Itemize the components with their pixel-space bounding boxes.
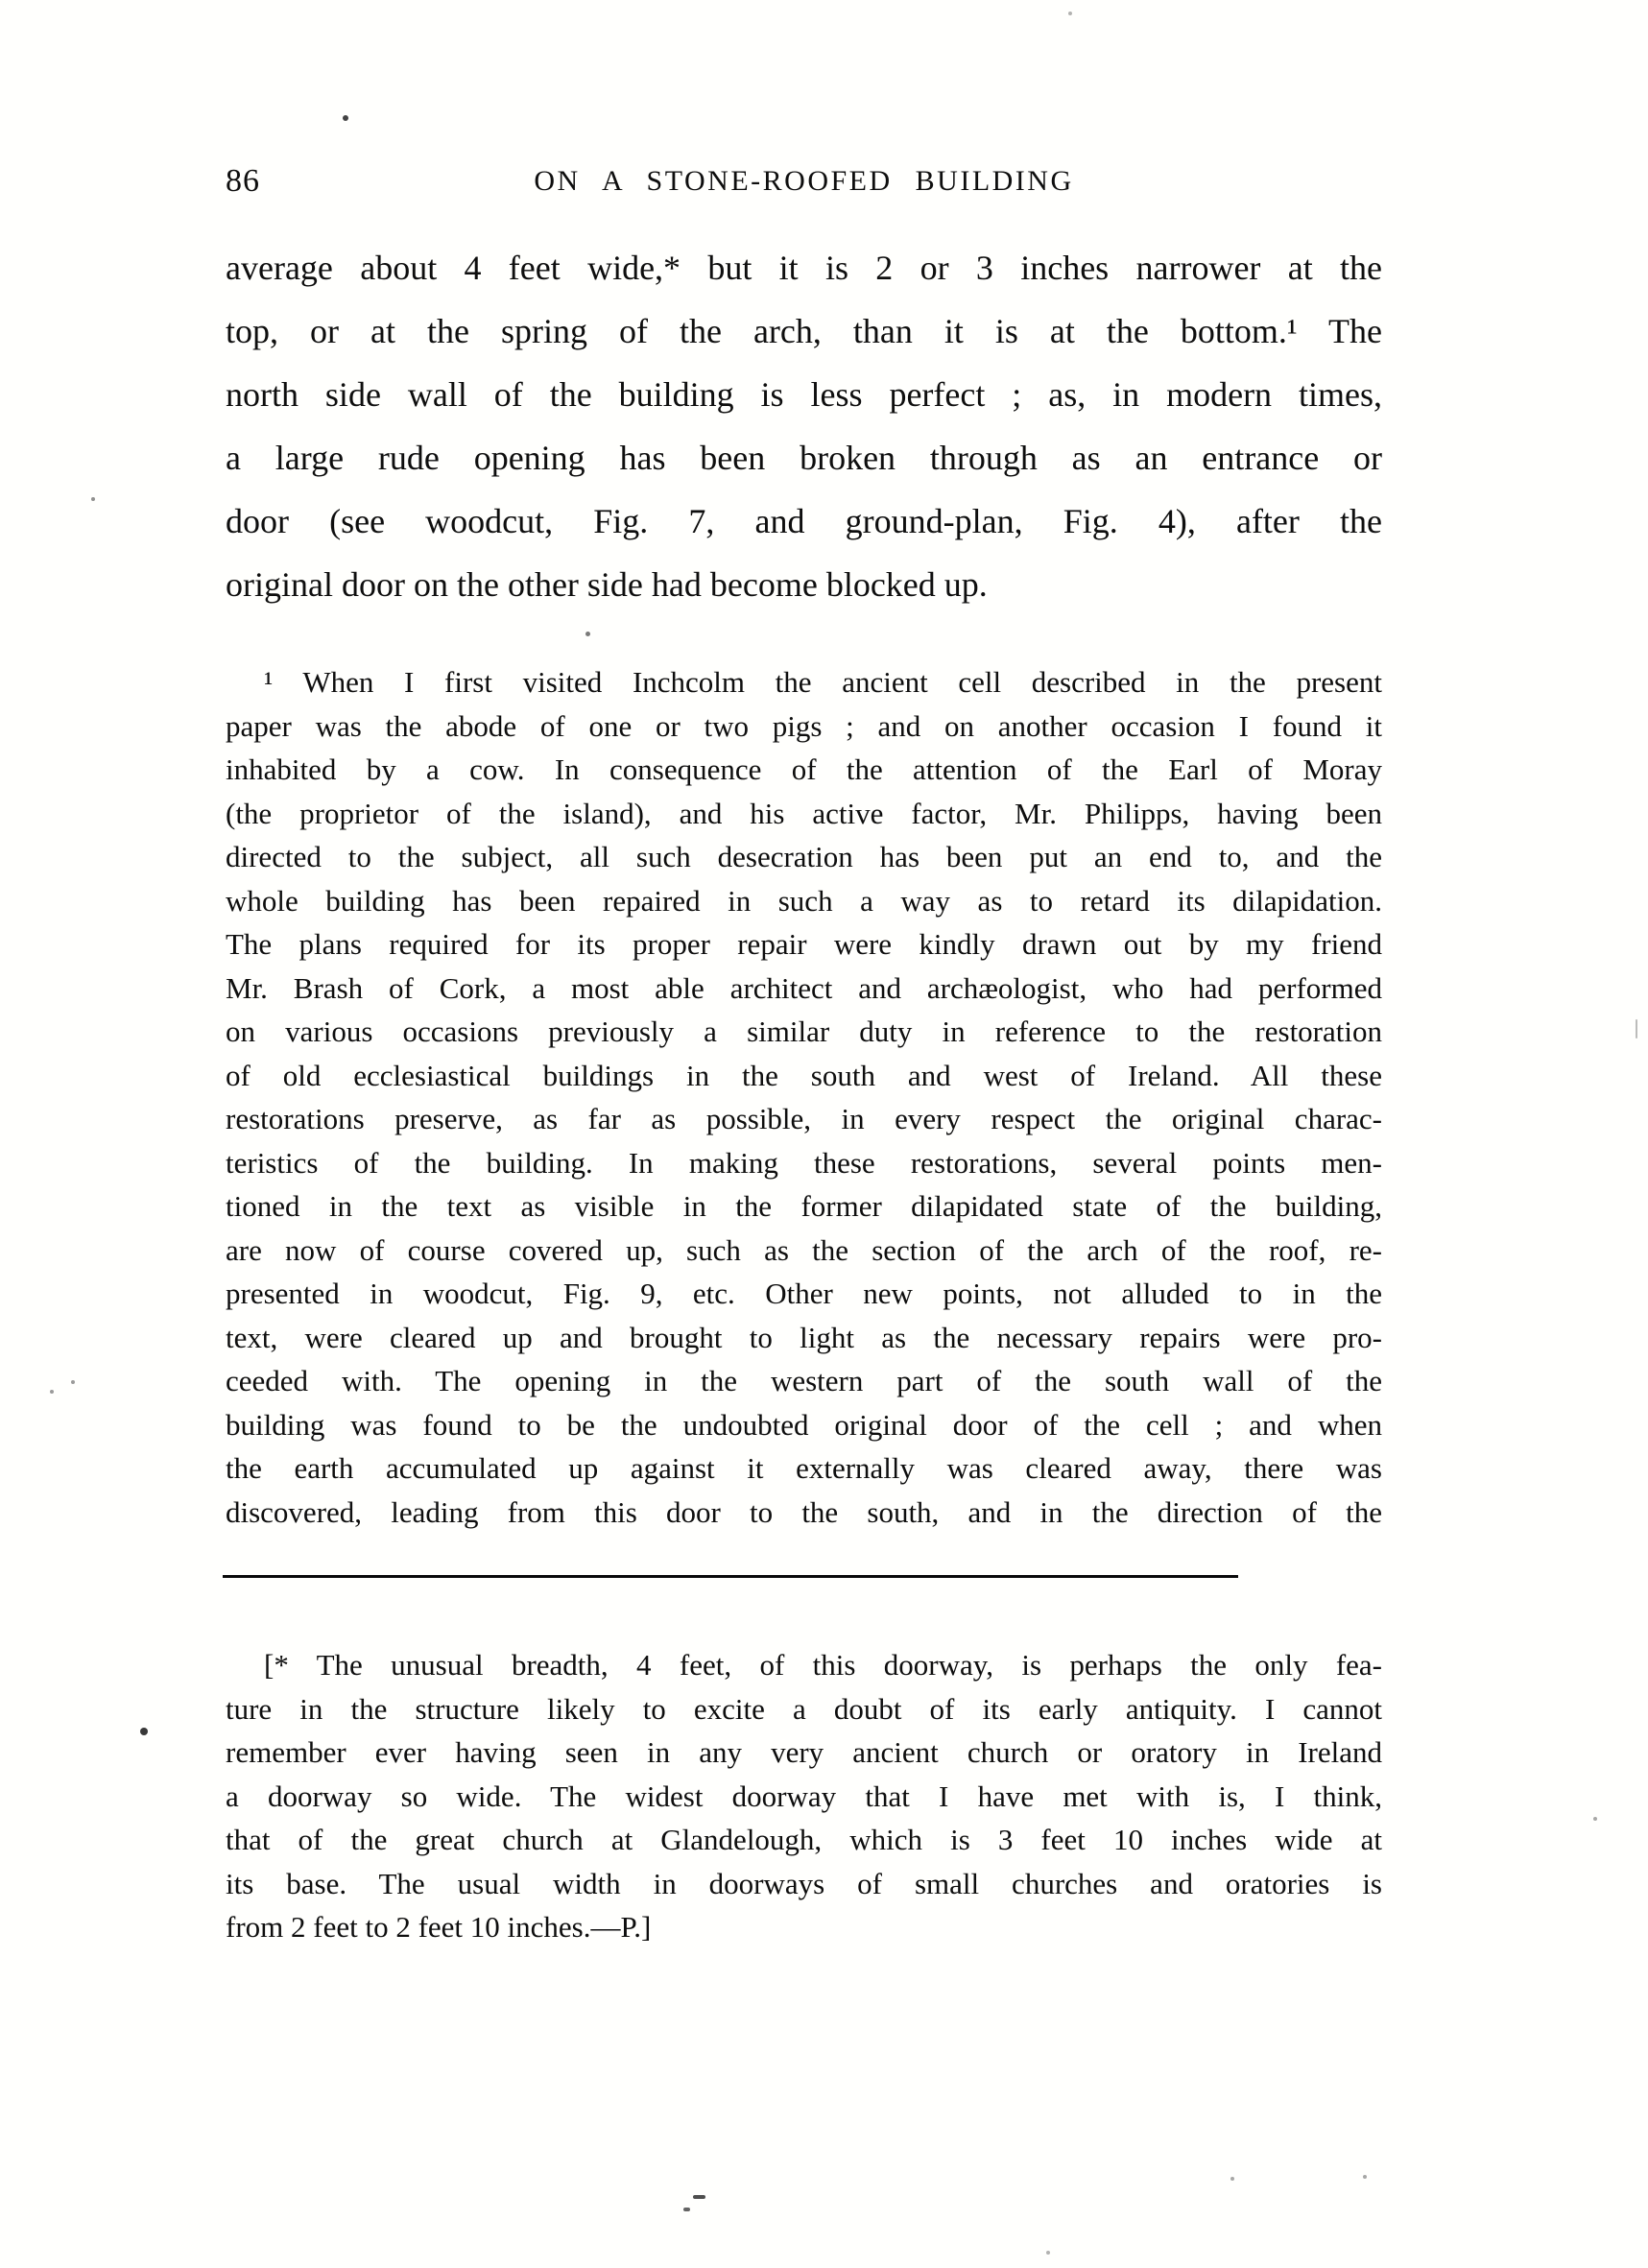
text-line: are now of course covered up, such as th… (226, 1229, 1382, 1273)
scan-speck (1046, 2251, 1050, 2255)
text-line: [* The unusual breadth, 4 feet, of this … (226, 1643, 1382, 1687)
text-line: on various occasions previously a simila… (226, 1010, 1382, 1054)
text-line: directed to the subject, all such desecr… (226, 835, 1382, 879)
page-header: 86 ON A STONE-ROOFED BUILDING (226, 161, 1382, 203)
text-line: a large rude opening has been broken thr… (226, 426, 1382, 489)
text-line: top, or at the spring of the arch, than … (226, 299, 1382, 363)
scan-speck (1636, 1019, 1637, 1039)
text-line: from 2 feet to 2 feet 10 inches.—P.] (226, 1905, 1382, 1949)
text-line: The plans required for its proper repair… (226, 922, 1382, 967)
text-line: the earth accumulated up against it exte… (226, 1446, 1382, 1491)
text-line: a doorway so wide. The widest doorway th… (226, 1775, 1382, 1819)
text-line: text, were cleared up and brought to lig… (226, 1316, 1382, 1360)
text-line: average about 4 feet wide,* but it is 2 … (226, 236, 1382, 299)
text-line: remember ever having seen in any very an… (226, 1731, 1382, 1775)
footnote-1: ¹ When I first visited Inchcolm the anci… (226, 660, 1382, 1534)
text-line: ceeded with. The opening in the western … (226, 1359, 1382, 1403)
text-line: original door on the other side had beco… (226, 553, 1382, 616)
footnote-separator-rule (223, 1575, 1238, 1578)
text-line: inhabited by a cow. In consequence of th… (226, 748, 1382, 792)
book-page: 86 ON A STONE-ROOFED BUILDING average ab… (0, 0, 1648, 2268)
text-line: restorations preserve, as far as possibl… (226, 1097, 1382, 1141)
text-line: Mr. Brash of Cork, a most able architect… (226, 967, 1382, 1011)
text-line: ¹ When I first visited Inchcolm the anci… (226, 660, 1382, 704)
scan-speck (1593, 1817, 1597, 1821)
text-line: whole building has been repaired in such… (226, 879, 1382, 923)
scan-speck (343, 115, 348, 121)
text-line: (the proprietor of the island), and his … (226, 792, 1382, 836)
text-line: tioned in the text as visible in the for… (226, 1184, 1382, 1229)
scan-speck (683, 2208, 690, 2211)
text-line: of old ecclesiastical buildings in the s… (226, 1054, 1382, 1098)
scan-speck (1230, 2177, 1234, 2181)
text-line: discovered, leading from this door to th… (226, 1491, 1382, 1535)
text-line: building was found to be the undoubted o… (226, 1403, 1382, 1447)
text-line: door (see woodcut, Fig. 7, and ground-pl… (226, 489, 1382, 553)
scan-speck (693, 2195, 705, 2199)
scan-speck (1068, 12, 1072, 15)
scan-speck (140, 1728, 148, 1735)
scan-speck (1363, 2175, 1367, 2179)
text-line: north side wall of the building is less … (226, 363, 1382, 426)
scan-speck (585, 632, 590, 636)
text-line: ture in the structure likely to excite a… (226, 1687, 1382, 1731)
text-line: paper was the abode of one or two pigs ;… (226, 704, 1382, 749)
text-line: that of the great church at Glandelough,… (226, 1818, 1382, 1862)
scan-speck (91, 497, 95, 501)
asterisk-footnote: [* The unusual breadth, 4 feet, of this … (226, 1643, 1382, 1949)
text-line: presented in woodcut, Fig. 9, etc. Other… (226, 1272, 1382, 1316)
body-paragraph: average about 4 feet wide,* but it is 2 … (226, 236, 1382, 616)
running-header-title: ON A STONE-ROOFED BUILDING (226, 165, 1382, 198)
text-line: teristics of the building. In making the… (226, 1141, 1382, 1185)
text-line: its base. The usual width in doorways of… (226, 1862, 1382, 1906)
scan-speck (71, 1380, 75, 1384)
scan-speck (50, 1390, 54, 1394)
